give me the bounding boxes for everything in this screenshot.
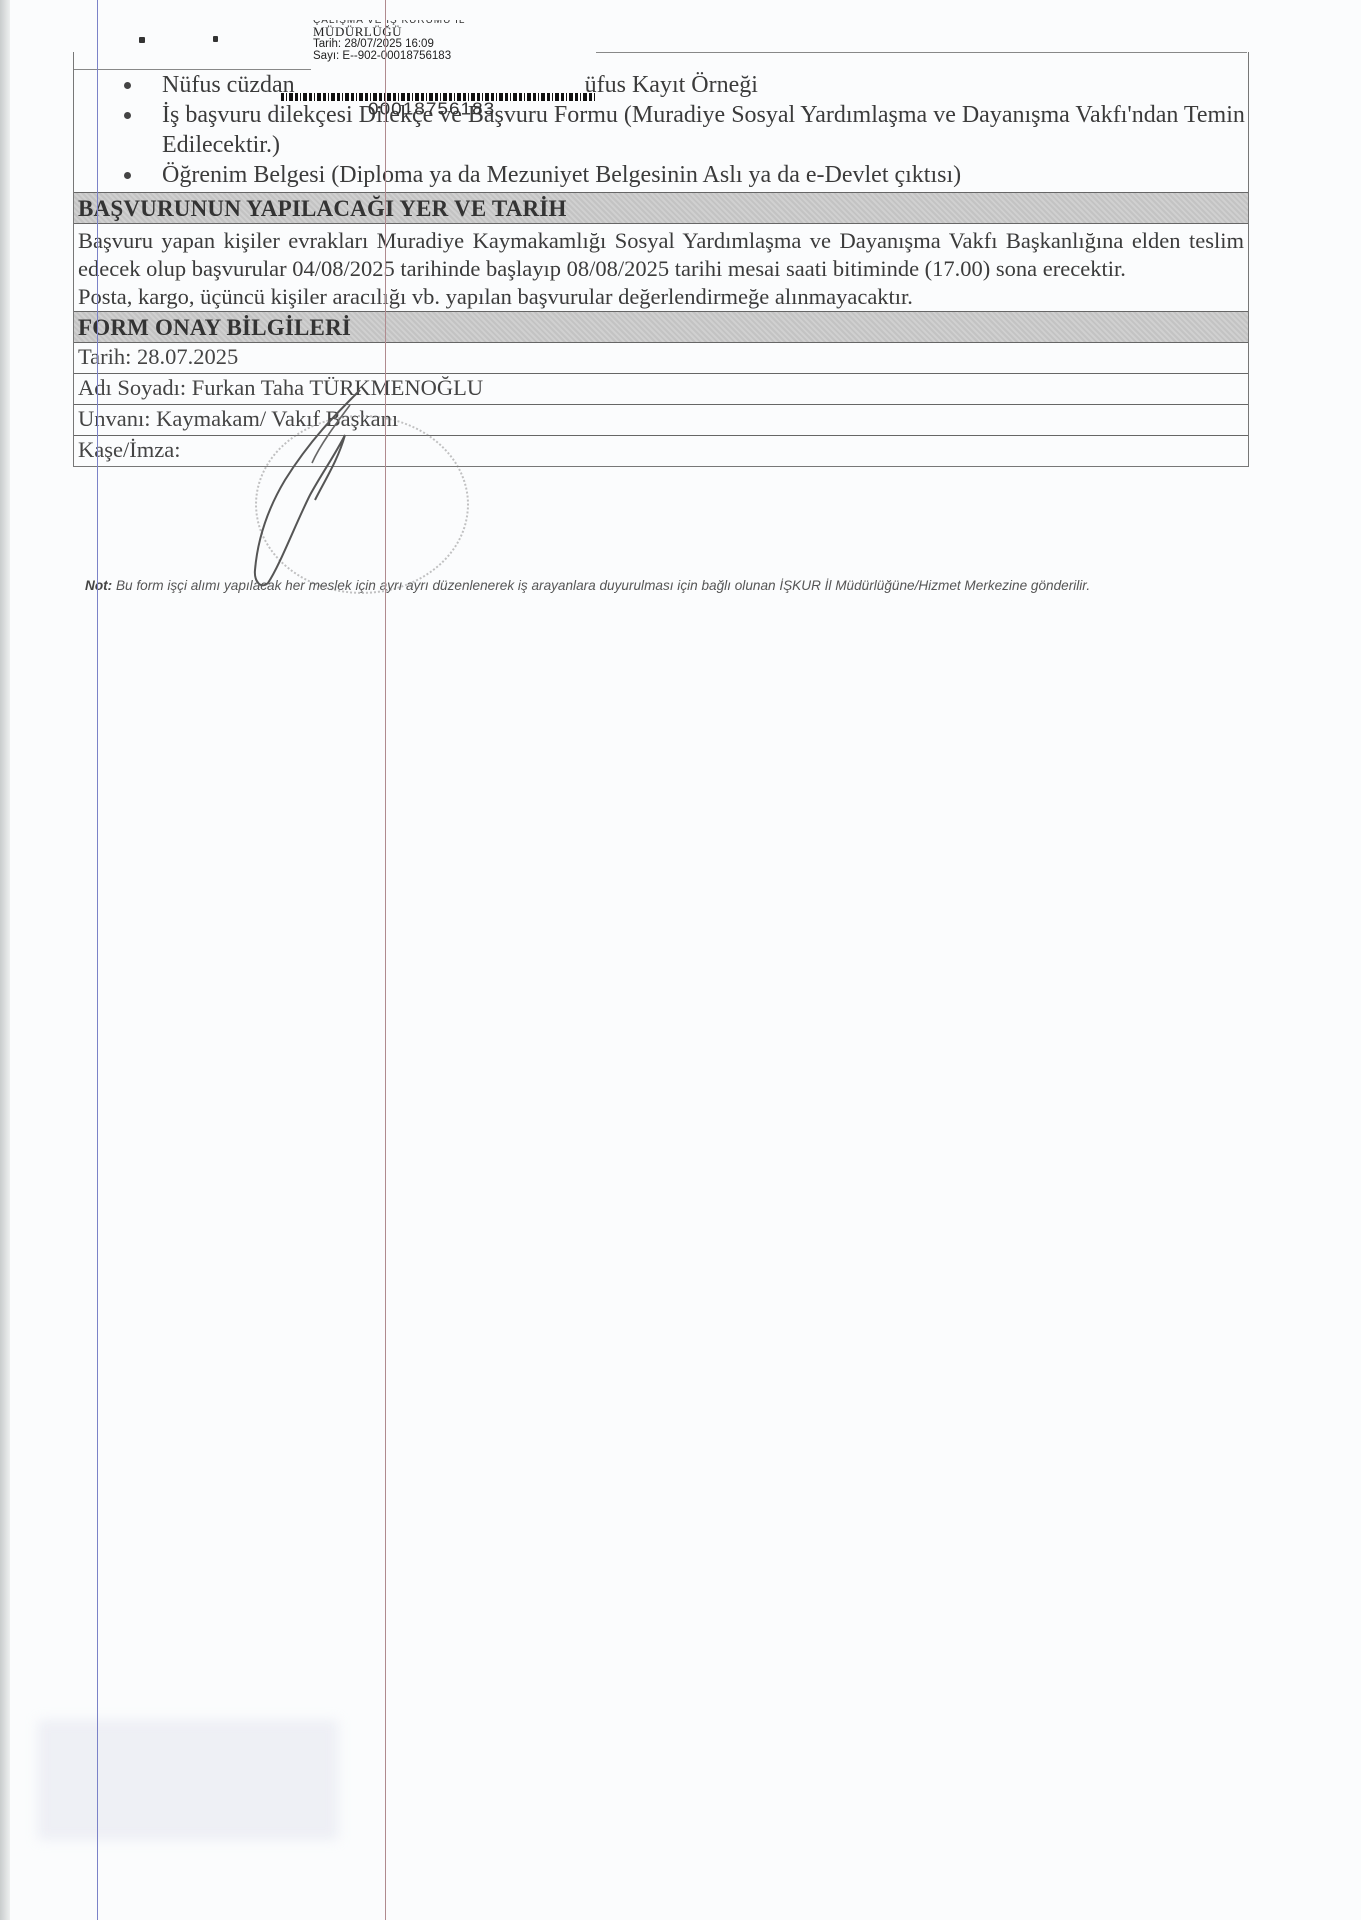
stamp-office: MÜDÜRLÜĞÜ	[313, 26, 465, 38]
footnote-label: Not:	[85, 578, 112, 593]
scan-line	[385, 0, 386, 1920]
document-text: Nüfus cüzdan	[162, 72, 295, 98]
footnote-text: Bu form işçi alımı yapılacak her meslek …	[112, 578, 1090, 593]
section-heading-approval: FORM ONAY BİLGİLERİ	[74, 311, 1248, 343]
document-text: İş başvuru dilekçesi Dilekçe ve Başvuru …	[162, 102, 1245, 158]
footnote: Not: Bu form işçi alımı yapılacak her me…	[85, 576, 1265, 596]
section-heading-application: BAŞVURUNUN YAPILACAĞI YER VE TARİH	[74, 192, 1248, 224]
stamp-date: Tarih: 28/07/2025 16:09	[313, 38, 465, 50]
document-item: Nüfus cüzdanüfus Kayıt Örneği	[74, 70, 1248, 100]
scan-edge-shadow	[0, 0, 10, 1920]
application-details: Başvuru yapan kişiler evrakları Muradiye…	[74, 224, 1248, 311]
punch-mark	[139, 37, 145, 43]
document-text-suffix: üfus Kayıt Örneği	[585, 72, 758, 98]
scan-smudge	[38, 1720, 338, 1840]
application-paragraph: Başvuru yapan kişiler evrakları Muradiye…	[78, 227, 1244, 283]
document-item: İş başvuru dilekçesi Dilekçe ve Başvuru …	[74, 100, 1248, 160]
required-documents-cell: Nüfus cüzdanüfus Kayıt Örneği İş başvuru…	[74, 52, 1248, 192]
bullet-icon	[124, 82, 131, 89]
document-text: Öğrenim Belgesi (Diploma ya da Mezuniyet…	[162, 162, 961, 188]
seal-signature-field: Kaşe/İmza:	[74, 435, 1248, 466]
document-item: Öğrenim Belgesi (Diploma ya da Mezuniyet…	[74, 160, 1248, 190]
approval-date: Tarih: 28.07.2025	[74, 343, 1248, 373]
form-table: Nüfus cüzdanüfus Kayıt Örneği İş başvuru…	[73, 52, 1249, 467]
approver-title: Unvanı: Kaymakam/ Vakıf Başkanı	[74, 404, 1248, 435]
bullet-icon	[124, 172, 131, 179]
bullet-icon	[124, 112, 131, 119]
punch-mark	[213, 36, 218, 42]
application-paragraph: Posta, kargo, üçüncü kişiler aracılığı v…	[78, 283, 1244, 311]
scan-line	[97, 0, 98, 1920]
approver-name: Adı Soyadı: Furkan Taha TÜRKMENOĞLU	[74, 373, 1248, 404]
barcode-number: 00018756183	[368, 100, 495, 120]
